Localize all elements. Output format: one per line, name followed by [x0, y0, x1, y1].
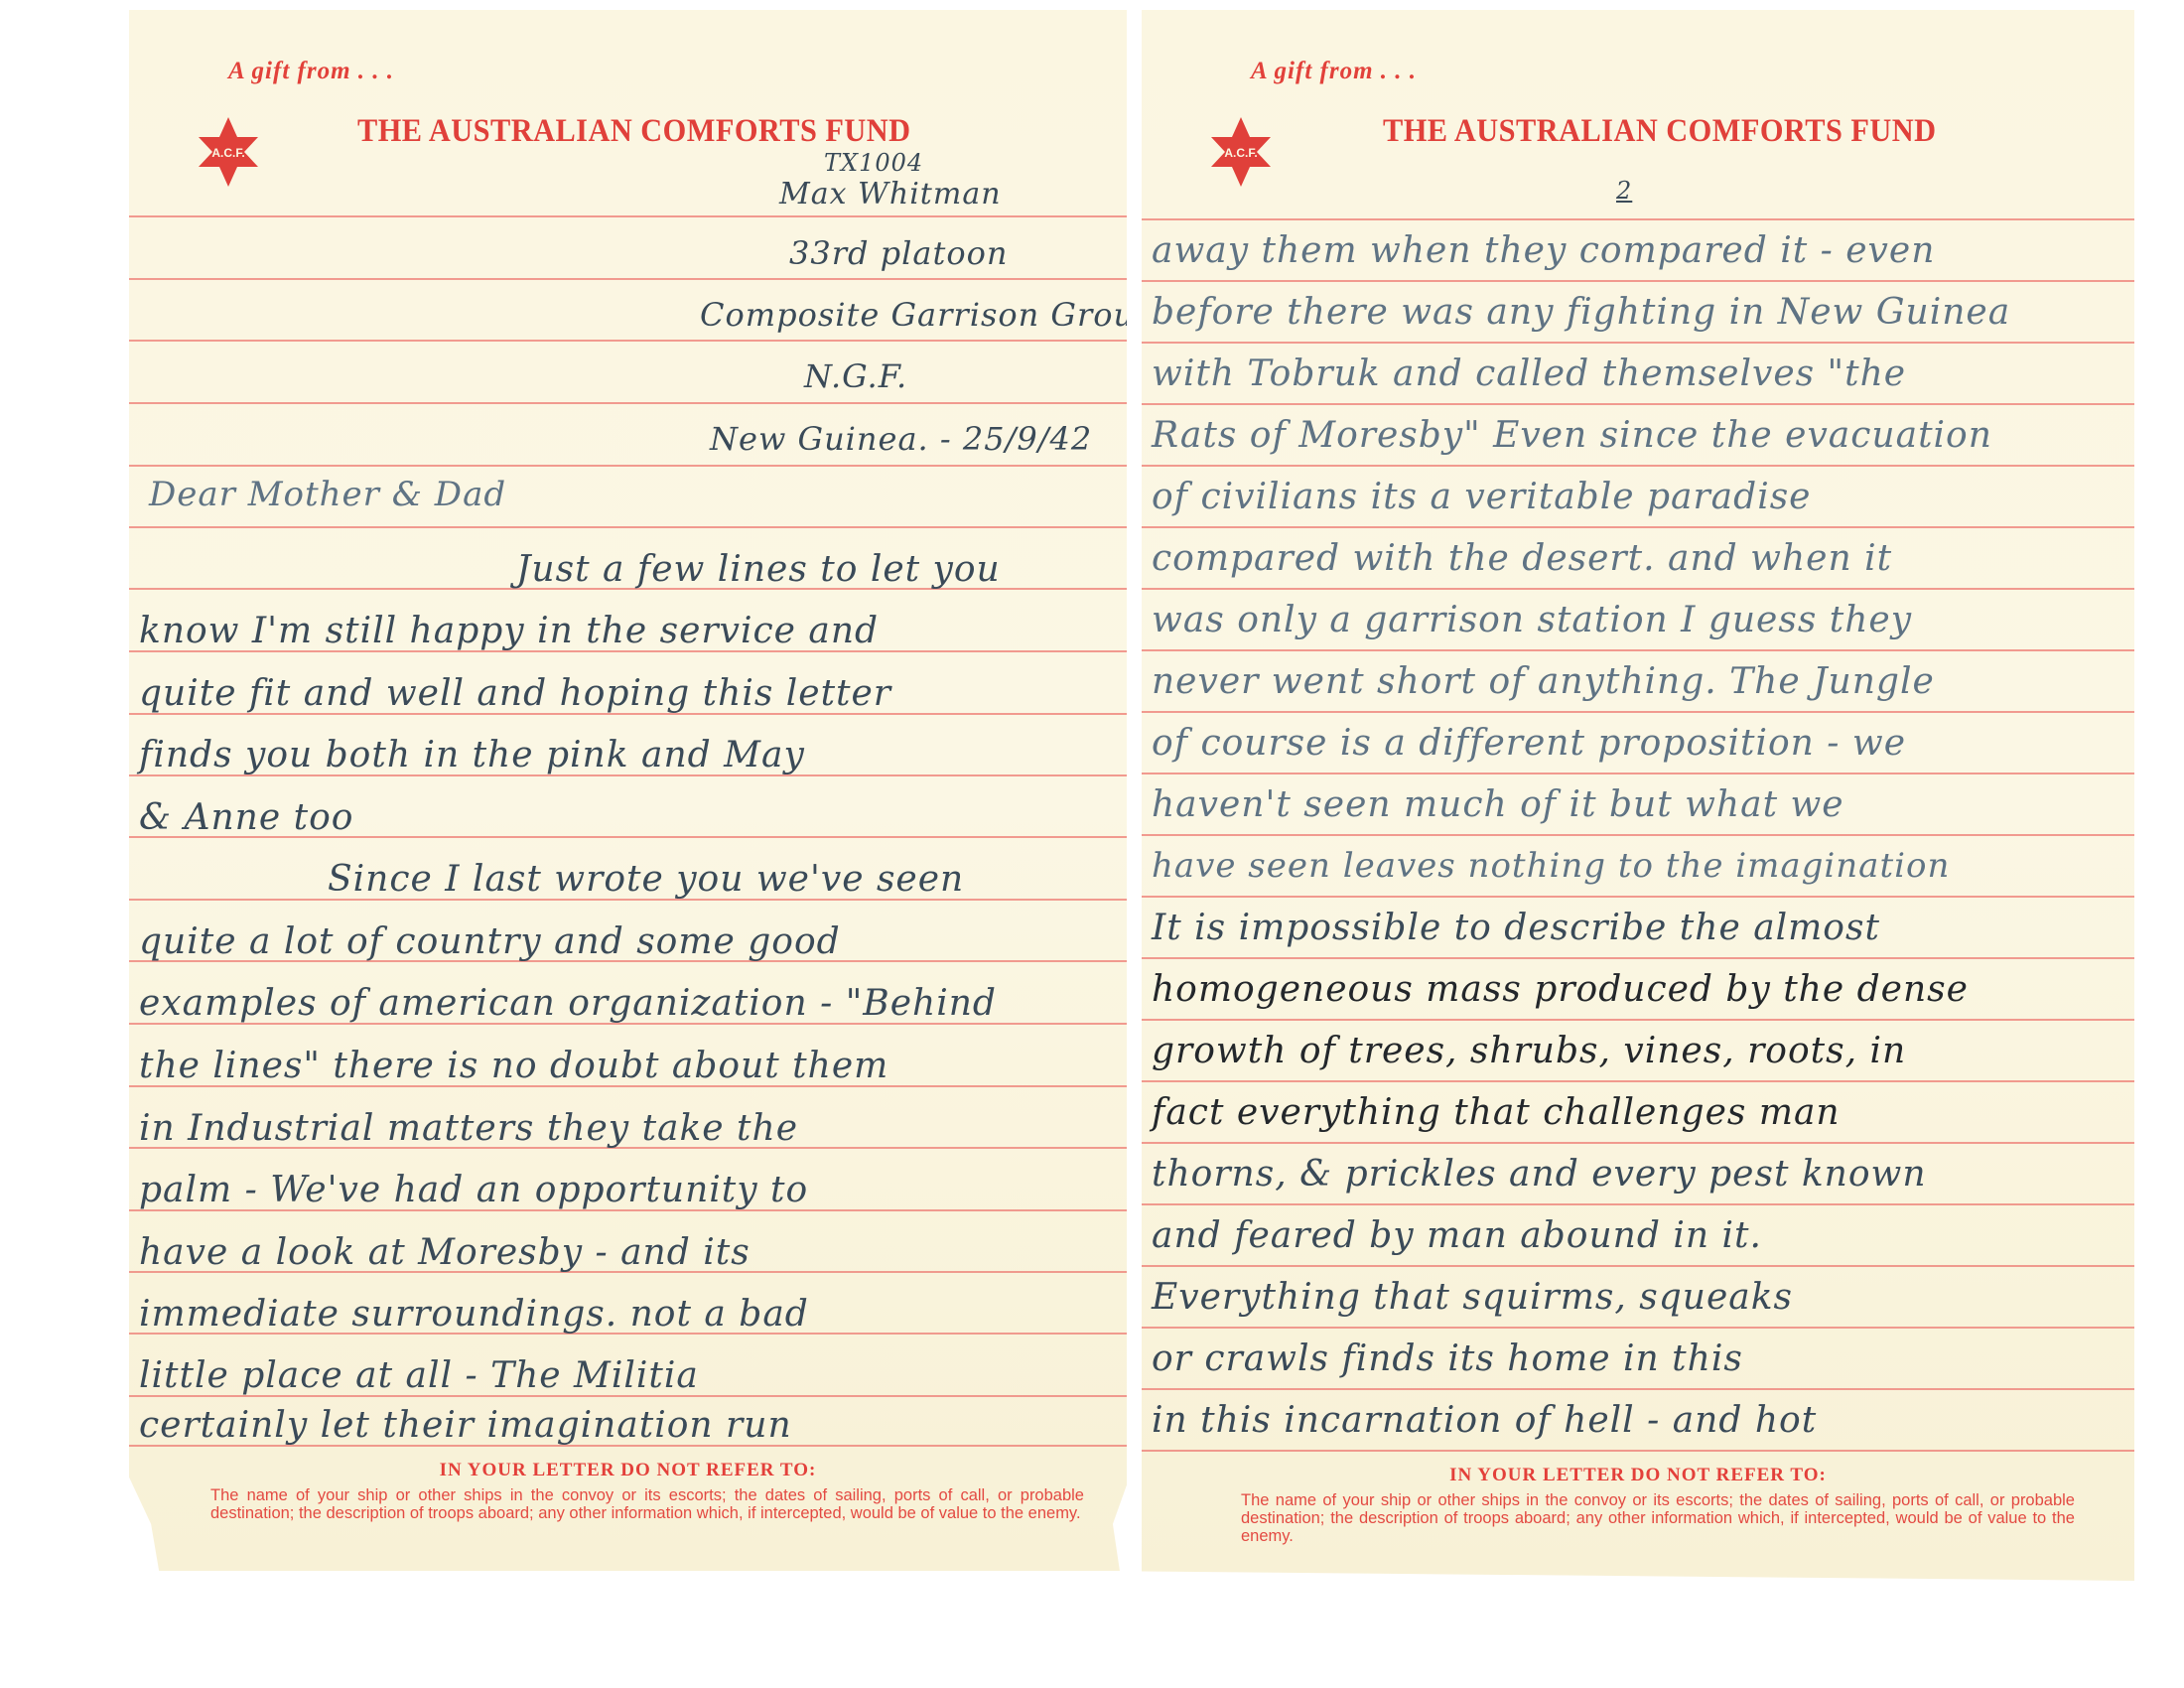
ruled-line [1142, 711, 2134, 713]
letter-line: never went short of anything. The Jungle [1152, 661, 1935, 702]
ruled-line [129, 402, 1127, 404]
ruled-line [1142, 403, 2134, 405]
ruled-line [1142, 957, 2134, 959]
letter-line: Since I last wrote you we've seen [328, 859, 964, 900]
ruled-line [1142, 1265, 2134, 1267]
letter-line: have seen leaves nothing to the imaginat… [1152, 846, 1950, 886]
letter-line: the lines" there is no doubt about them [139, 1046, 888, 1086]
svg-text:A.C.F.: A.C.F. [211, 146, 244, 160]
sender-name: Max Whitman [779, 177, 1002, 211]
ruled-line [1142, 1203, 2134, 1205]
letter-line: have a look at Moresby - and its [139, 1232, 751, 1273]
ruled-line [1142, 218, 2134, 220]
ruled-line [1142, 1080, 2134, 1082]
gift-line: A gift from . . . [228, 58, 394, 85]
place-and-date: New Guinea. - 25/9/42 [710, 420, 1092, 458]
letter-line: in this incarnation of hell - and hot [1152, 1400, 1817, 1441]
ruled-line [1142, 342, 2134, 344]
ruled-line [1142, 1019, 2134, 1021]
acf-star-logo-icon: A.C.F. [199, 117, 258, 187]
sender-force: N.G.F. [804, 357, 907, 395]
warning-title: IN YOUR LETTER DO NOT REFER TO: [1142, 1465, 2134, 1486]
ruled-line [129, 215, 1127, 217]
letter-line: of civilians its a veritable paradise [1152, 477, 1812, 517]
ruled-line [1142, 1450, 2134, 1452]
warning-body: The name of your ship or other ships in … [1241, 1491, 2075, 1545]
letter-line: before there was any fighting in New Gui… [1152, 292, 2010, 333]
letter-line: Rats of Moresby" Even since the evacuati… [1152, 415, 1992, 456]
svg-text:A.C.F.: A.C.F. [1224, 146, 1257, 160]
gift-line: A gift from . . . [1251, 58, 1417, 85]
ruled-line [1142, 1327, 2134, 1329]
letter-line: fact everything that challenges man [1152, 1092, 1841, 1133]
letter-line: finds you both in the pink and May [139, 735, 805, 775]
letter-line: was only a garrison station I guess they [1152, 600, 1912, 640]
ruled-line [1142, 1388, 2134, 1390]
letter-line: & Anne too [139, 797, 353, 838]
letter-line: away them when they compared it - even [1152, 230, 1935, 271]
warning-body: The name of your ship or other ships in … [210, 1486, 1084, 1522]
letter-line: compared with the desert. and when it [1152, 538, 1892, 579]
ruled-line [1142, 773, 2134, 774]
letter-line: Just a few lines to let you [516, 549, 1001, 590]
brand-heading: THE AUSTRALIAN COMFORTS FUND [1383, 113, 1937, 150]
service-number: TX1004 [824, 149, 923, 177]
ruled-line [1142, 526, 2134, 528]
letter-line: It is impossible to describe the almost [1152, 908, 1880, 948]
letter-line: homogeneous mass produced by the dense [1152, 969, 1969, 1010]
letter-line: palm - We've had an opportunity to [139, 1170, 808, 1210]
brand-heading: THE AUSTRALIAN COMFORTS FUND [357, 113, 911, 150]
letter-line: in Industrial matters they take the [139, 1108, 798, 1149]
letter-line: with Tobruk and called themselves "the [1152, 353, 1906, 394]
letter-line: of course is a different proposition - w… [1152, 723, 1906, 764]
salutation: Dear Mother & Dad [149, 475, 506, 514]
warning-title: IN YOUR LETTER DO NOT REFER TO: [129, 1460, 1127, 1481]
letter-line: quite a lot of country and some good [139, 921, 841, 962]
letter-line: haven't seen much of it but what we [1152, 784, 1844, 825]
ruled-line [1142, 834, 2134, 836]
sender-group: Composite Garrison Group [700, 296, 1157, 334]
letter-line: growth of trees, shrubs, vines, roots, i… [1152, 1031, 1906, 1071]
letter-page-1: A gift from . . . A.C.F. THE AUSTRALIAN … [129, 10, 1127, 1571]
sender-unit: 33rd platoon [789, 234, 1008, 272]
letter-line: know I'm still happy in the service and [139, 611, 879, 651]
letter-line: or crawls finds its home in this [1152, 1338, 1743, 1379]
page-number: 2 [1616, 177, 1632, 205]
ruled-line [129, 526, 1127, 528]
letter-line: immediate surroundings. not a bad [139, 1294, 809, 1335]
ruled-line [1142, 1142, 2134, 1144]
letter-line: thorns, & prickles and every pest known [1152, 1154, 1927, 1195]
ruled-line [1142, 280, 2134, 282]
letter-line: certainly let their imagination run [139, 1405, 792, 1446]
ruled-line [129, 278, 1127, 280]
letter-page-2: A gift from . . . A.C.F. THE AUSTRALIAN … [1142, 10, 2134, 1581]
ruled-line [1142, 896, 2134, 898]
ruled-line [1142, 465, 2134, 467]
letter-line: and feared by man abound in it. [1152, 1215, 1762, 1256]
acf-star-logo-icon: A.C.F. [1211, 117, 1271, 187]
ruled-line [1142, 588, 2134, 590]
ruled-line [129, 465, 1127, 467]
letter-line: quite fit and well and hoping this lette… [139, 673, 891, 714]
letter-line: Everything that squirms, squeaks [1152, 1277, 1793, 1318]
ruled-line [1142, 649, 2134, 651]
letter-line: little place at all - The Militia [139, 1355, 699, 1396]
ruled-line [129, 340, 1127, 342]
letter-line: examples of american organization - "Beh… [139, 983, 997, 1024]
